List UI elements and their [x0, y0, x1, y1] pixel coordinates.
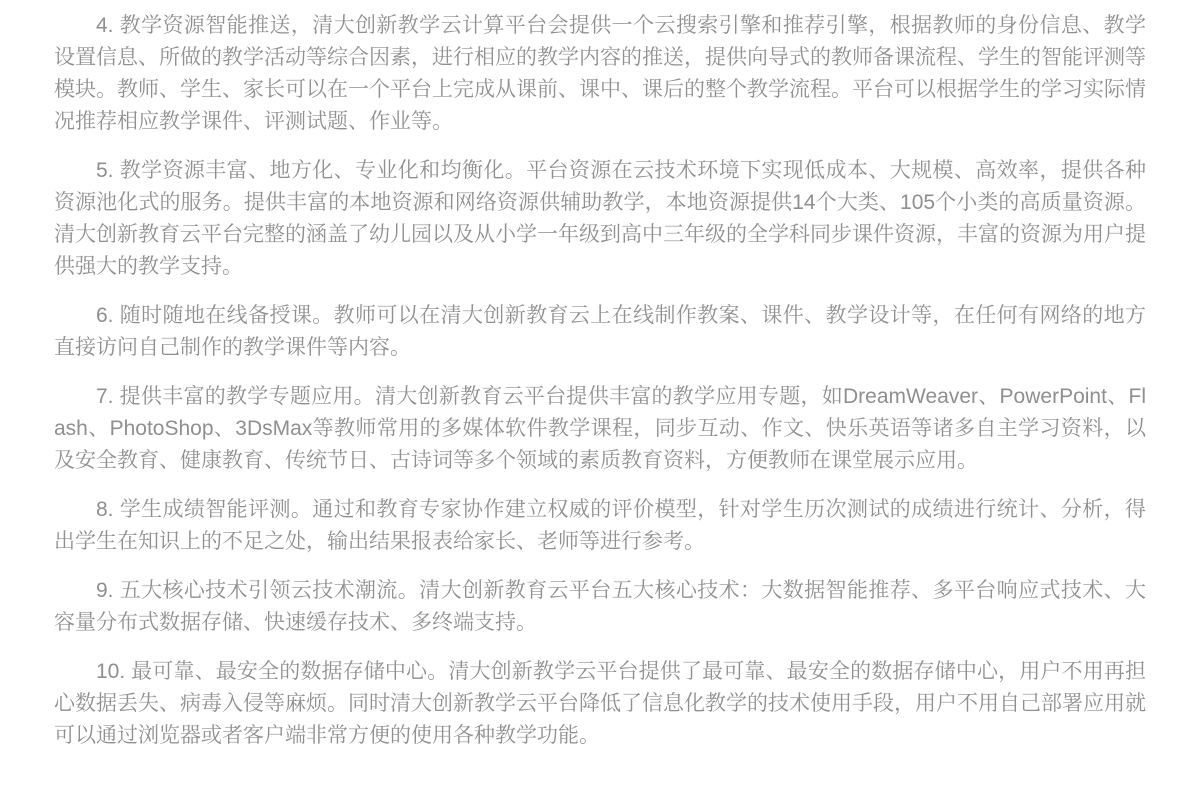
paragraph-feature-4: 4. 教学资源智能推送，清大创新教学云计算平台会提供一个云搜索引擎和推荐引擎，根… — [54, 10, 1146, 138]
paragraph-feature-5: 5. 教学资源丰富、地方化、专业化和均衡化。平台资源在云技术环境下实现低成本、大… — [54, 155, 1146, 283]
paragraph-feature-8: 8. 学生成绩智能评测。通过和教育专家协作建立权威的评价模型，针对学生历次测试的… — [54, 494, 1146, 558]
paragraph-feature-10: 10. 最可靠、最安全的数据存储中心。清大创新教学云平台提供了最可靠、最安全的数… — [54, 656, 1146, 752]
paragraph-feature-9: 9. 五大核心技术引领云技术潮流。清大创新教育云平台五大核心技术：大数据智能推荐… — [54, 575, 1146, 639]
article-body: 4. 教学资源智能推送，清大创新教学云计算平台会提供一个云搜索引擎和推荐引擎，根… — [0, 0, 1200, 752]
paragraph-feature-7: 7. 提供丰富的教学专题应用。清大创新教育云平台提供丰富的教学应用专题，如Dre… — [54, 381, 1146, 477]
paragraph-feature-6: 6. 随时随地在线备授课。教师可以在清大创新教育云上在线制作教案、课件、教学设计… — [54, 300, 1146, 364]
